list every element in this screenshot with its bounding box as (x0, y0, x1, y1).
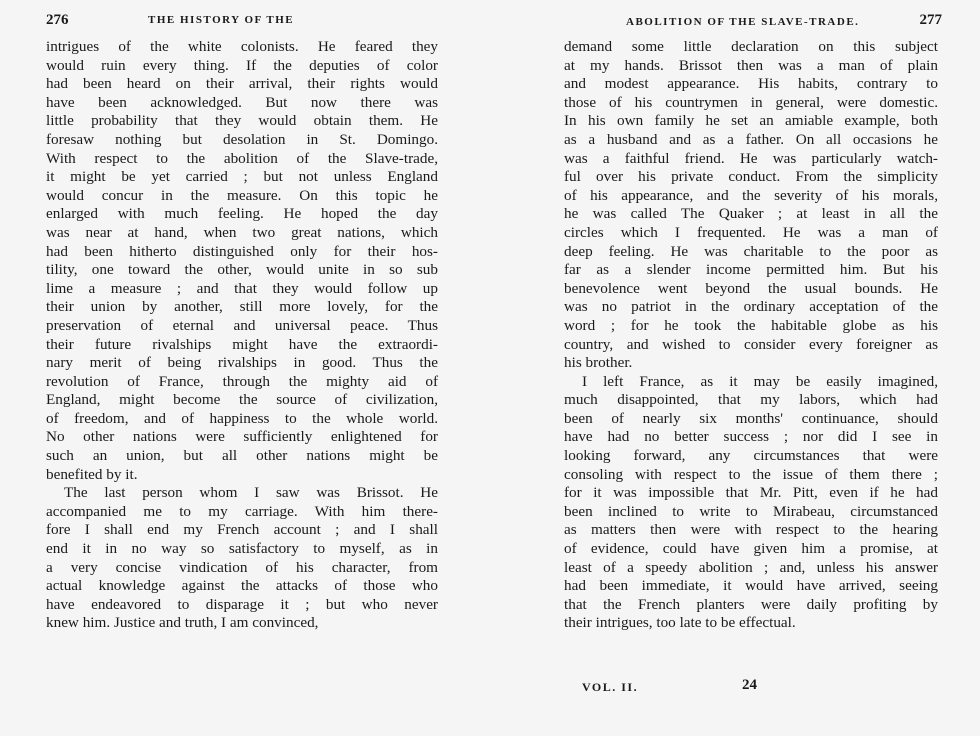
text-line: their intrigues, too late to be effectua… (564, 614, 938, 633)
text-line: The last person whom I saw was Brissot. … (46, 484, 438, 503)
text-line: least of a speedy abolition ; and, unles… (564, 559, 938, 578)
right-page: ABOLITION OF THE SLAVE-TRADE. 277 demand… (564, 0, 938, 736)
page-body: demand some little declaration on this s… (564, 38, 938, 633)
running-title: ABOLITION OF THE SLAVE-TRADE. (626, 16, 859, 28)
text-line: England, might become the source of civi… (46, 391, 438, 410)
text-line: have endeavored to disparage it ; but wh… (46, 596, 438, 615)
page-number: 276 (46, 12, 69, 29)
running-title: THE HISTORY OF THE (148, 14, 294, 26)
text-line: such an union, but all other nations mig… (46, 447, 438, 466)
text-line: he was called The Quaker ; at least in a… (564, 205, 938, 224)
text-line: it might be yet carried ; but not unless… (46, 168, 438, 187)
text-line: With respect to the abolition of the Sla… (46, 150, 438, 169)
text-line: actual knowledge against the attacks of … (46, 577, 438, 596)
text-line: end it in no way so satisfactory to myse… (46, 540, 438, 559)
text-line: their union by another, still more lovel… (46, 298, 438, 317)
text-line: tility, one toward the other, would unit… (46, 261, 438, 280)
text-line: would concur in the measure. On this top… (46, 187, 438, 206)
text-line: country, and wished to consider every fo… (564, 336, 938, 355)
text-line: far as a slender income permitted him. B… (564, 261, 938, 280)
text-line: of evidence, could have given him a prom… (564, 540, 938, 559)
text-line: foresaw nothing but desolation in St. Do… (46, 131, 438, 150)
text-line: as matters then were with respect to the… (564, 521, 938, 540)
text-line: been inclined to write to Mirabeau, circ… (564, 503, 938, 522)
text-line: I left France, as it may be easily imagi… (564, 373, 938, 392)
text-line: at my hands. Brissot then was a man of p… (564, 57, 938, 76)
volume-signature: VOL. II. (582, 680, 638, 695)
text-line: would ruin every thing. If the deputies … (46, 57, 438, 76)
text-line: knew him. Justice and truth, I am convin… (46, 614, 438, 633)
text-line: been of nearly six months' continuance, … (564, 410, 938, 429)
text-line: word ; for he took the habitable globe a… (564, 317, 938, 336)
text-line: his brother. (564, 354, 938, 373)
signature-number: 24 (742, 677, 757, 694)
text-line: No other nations were sufficiently enlig… (46, 428, 438, 447)
text-line: as a husband and as a father. On all occ… (564, 131, 938, 150)
text-line: have been acknowledged. But now there wa… (46, 94, 438, 113)
text-line: and modest appearance. His habits, contr… (564, 75, 938, 94)
text-line: those of his countrymen in general, were… (564, 94, 938, 113)
text-line: accompanied me to my carriage. With him … (46, 503, 438, 522)
text-line: circles which I frequented. He was a man… (564, 224, 938, 243)
text-line: lime a measure ; and that they would fol… (46, 280, 438, 299)
text-line: that the French planters were daily prof… (564, 596, 938, 615)
text-line: much disappointed, that my labors, which… (564, 391, 938, 410)
text-line: In his own family he set an amiable exam… (564, 112, 938, 131)
text-line: had been heard on their arrival, their r… (46, 75, 438, 94)
text-line: demand some little declaration on this s… (564, 38, 938, 57)
text-line: was no patriot in the ordinary acceptati… (564, 298, 938, 317)
text-line: of his appearance, and the severity of h… (564, 187, 938, 206)
text-line: intrigues of the white colonists. He fea… (46, 38, 438, 57)
text-line: a very concise vindication of his charac… (46, 559, 438, 578)
left-page: 276 THE HISTORY OF THE intrigues of the … (46, 0, 438, 736)
text-line: have had no better success ; nor did I s… (564, 428, 938, 447)
text-line: little probability that they would obtai… (46, 112, 438, 131)
running-head: ABOLITION OF THE SLAVE-TRADE. 277 (564, 14, 938, 34)
page-body: intrigues of the white colonists. He fea… (46, 38, 438, 633)
text-line: fore I shall end my French account ; and… (46, 521, 438, 540)
text-line: ful over his private conduct. From the s… (564, 168, 938, 187)
text-line: of freedom, and of happiness to the whol… (46, 410, 438, 429)
page-number: 277 (920, 12, 943, 29)
text-line: deep feeling. He was charitable to the p… (564, 243, 938, 262)
text-line: benevolence went beyond the usual bounds… (564, 280, 938, 299)
text-line: nary merit of being rivalships in good. … (46, 354, 438, 373)
running-head: 276 THE HISTORY OF THE (46, 14, 438, 34)
text-line: looking forward, any circumstances that … (564, 447, 938, 466)
text-line: benefited by it. (46, 466, 438, 485)
text-line: had been immediate, it would have arrive… (564, 577, 938, 596)
text-line: revolution of France, through the mighty… (46, 373, 438, 392)
text-line: consoling with respect to the issue of t… (564, 466, 938, 485)
text-line: preservation of eternal and universal pe… (46, 317, 438, 336)
text-line: had been hitherto distinguished only for… (46, 243, 438, 262)
text-line: was a faithful friend. He was particular… (564, 150, 938, 169)
text-line: enlarged with much feeling. He hoped the… (46, 205, 438, 224)
text-line: their future rivalships might have the e… (46, 336, 438, 355)
text-line: was near at hand, when two great nations… (46, 224, 438, 243)
text-line: for it was impossible that Mr. Pitt, eve… (564, 484, 938, 503)
